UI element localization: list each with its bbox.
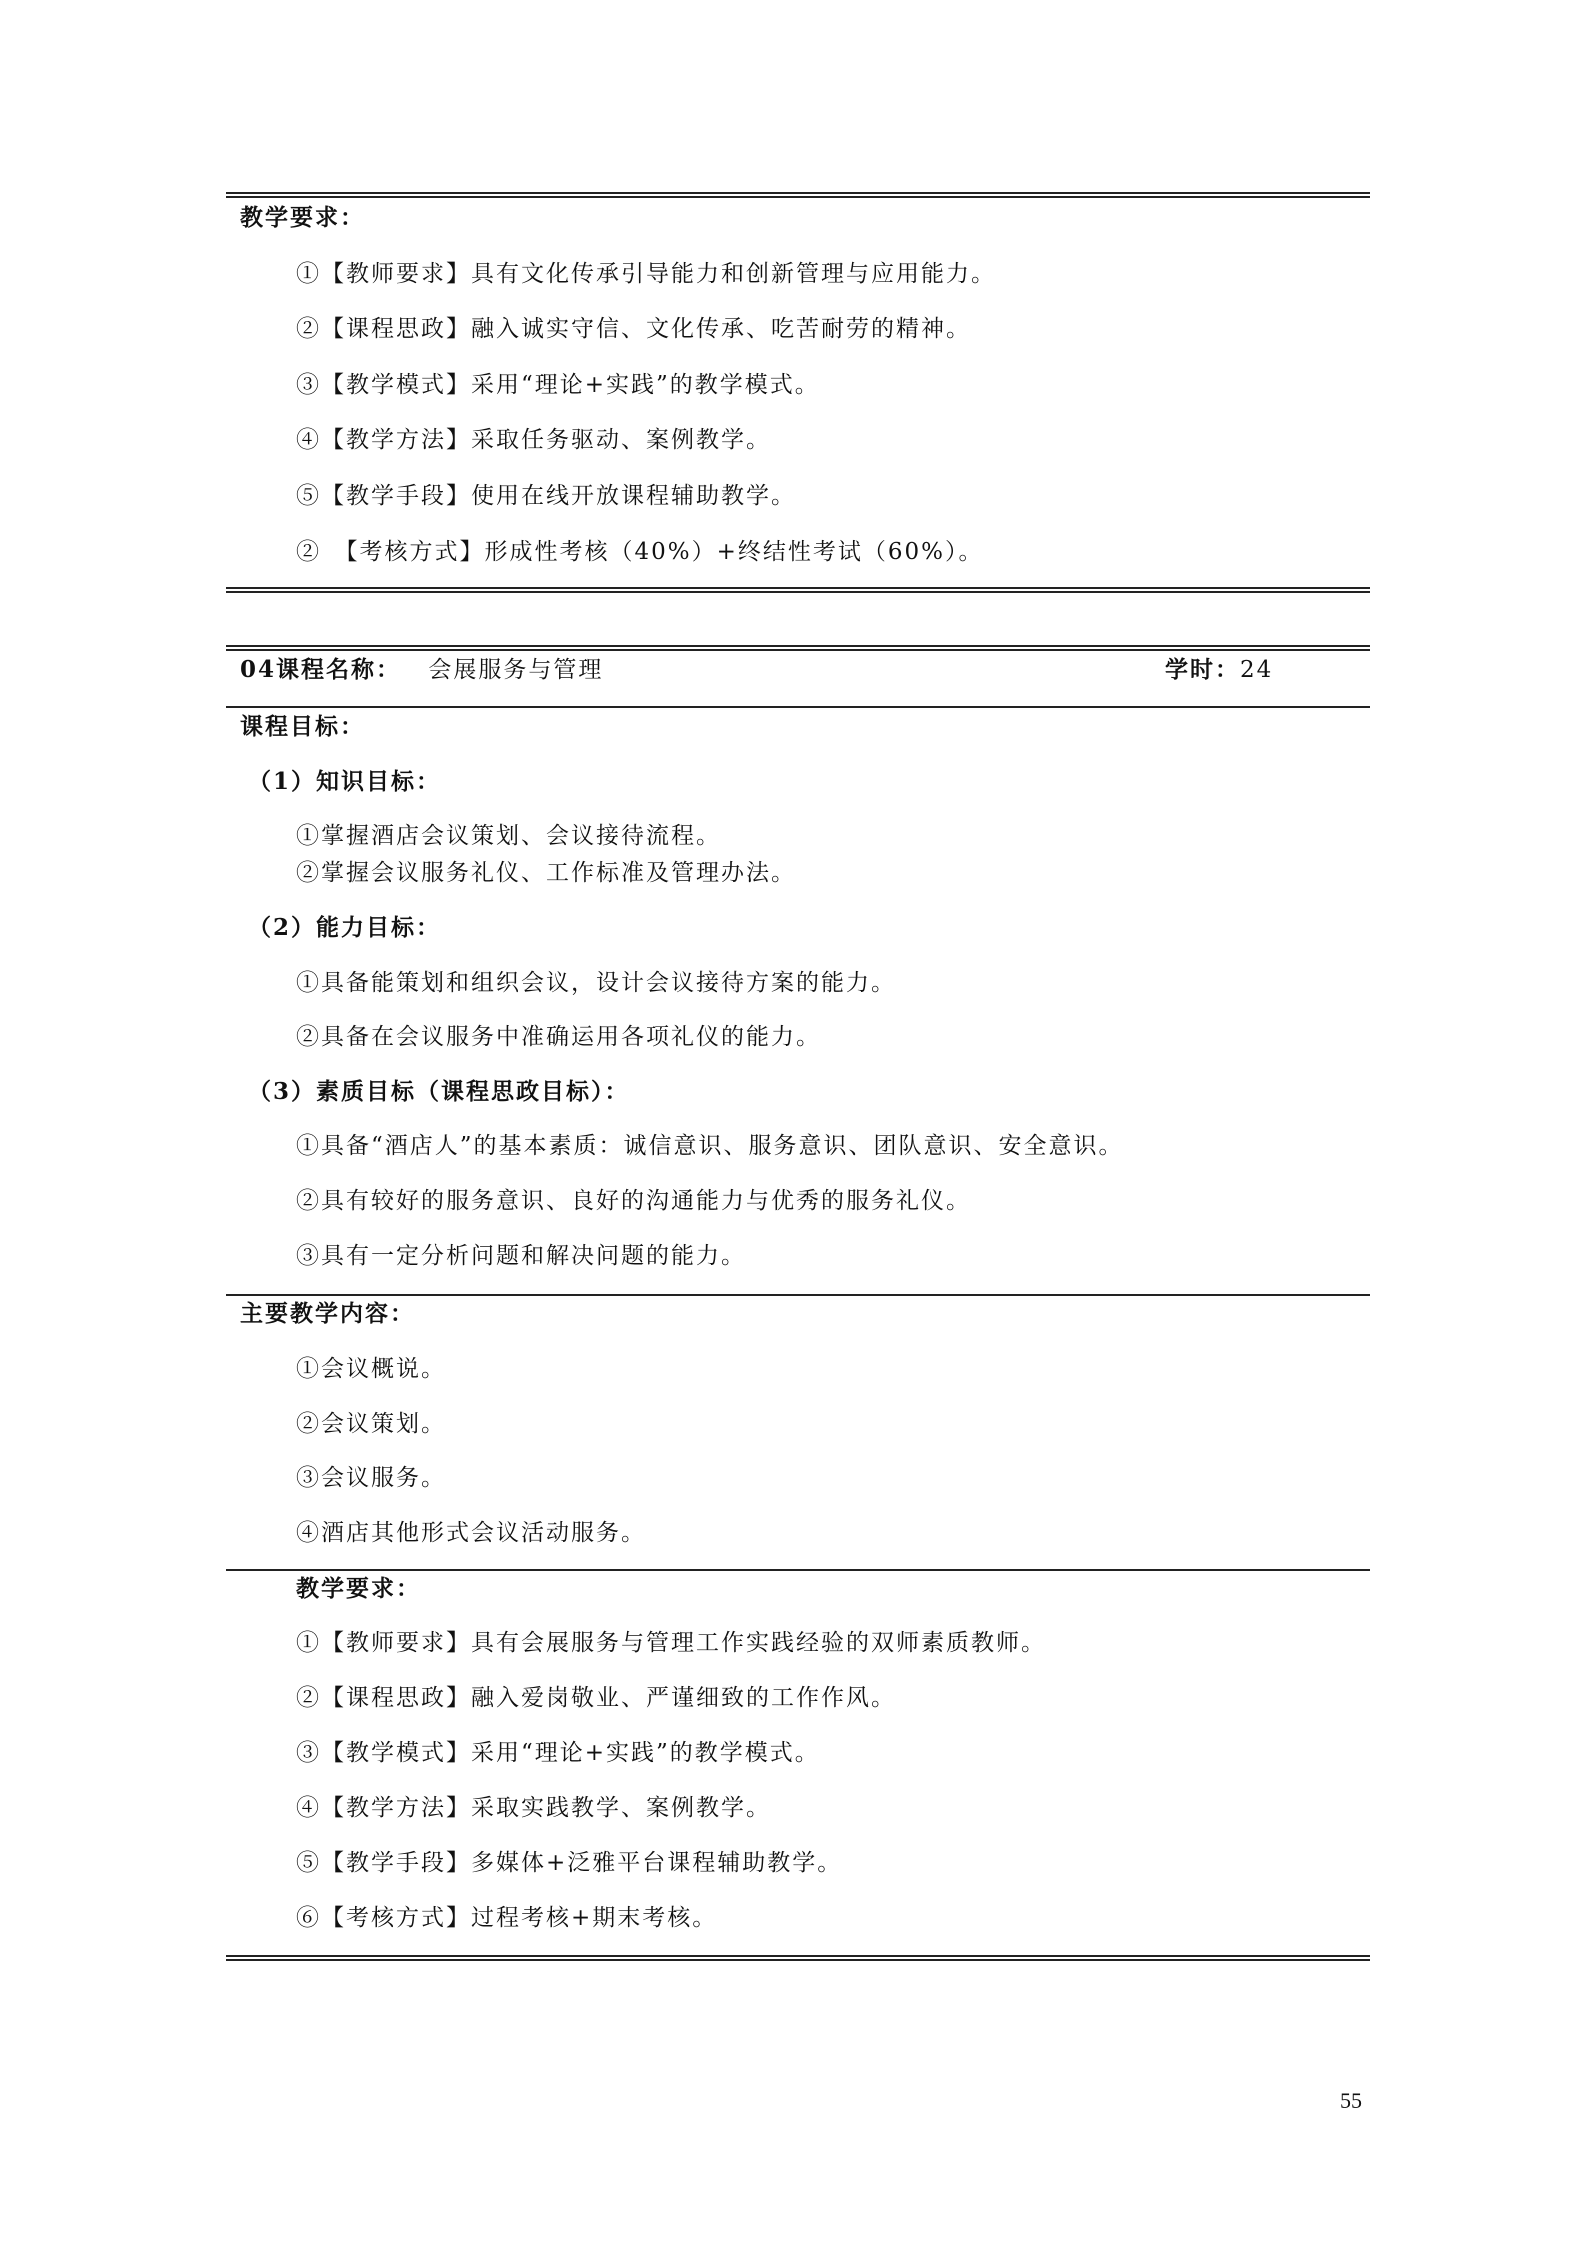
goals-title: 课程目标： — [240, 712, 365, 742]
content-item: ③会议服务。 — [296, 1463, 446, 1493]
prev-req-item: ② 【考核方式】形成性考核（40%）+终结性考试（60%）。 — [296, 537, 984, 567]
req-item: ⑤【教学手段】多媒体+泛雅平台课程辅助教学。 — [296, 1848, 842, 1878]
prev-req-item: ②【课程思政】融入诚实守信、文化传承、吃苦耐劳的精神。 — [296, 314, 971, 344]
quality-item: ①具备“酒店人”的基本素质：诚信意识、服务意识、团队意识、安全意识。 — [296, 1131, 1124, 1161]
quality-item: ②具有较好的服务意识、良好的沟通能力与优秀的服务礼仪。 — [296, 1186, 971, 1216]
ability-item: ①具备能策划和组织会议，设计会议接待方案的能力。 — [296, 968, 896, 998]
course-name: 会展服务与管理 — [428, 657, 603, 683]
course-hours: 学时：24 — [1165, 655, 1273, 685]
content-end-rule — [226, 1569, 1370, 1571]
quality-title: （3）素质目标（课程思政目标）： — [248, 1077, 630, 1107]
content-title: 主要教学内容： — [240, 1299, 415, 1329]
course-name-label: 04课程名称： — [240, 656, 401, 683]
prev-req-item: ④【教学方法】采取任务驱动、案例教学。 — [296, 425, 771, 455]
content-item: ④酒店其他形式会议活动服务。 — [296, 1518, 646, 1548]
req-item: ②【课程思政】融入爱岗敬业、严谨细致的工作作风。 — [296, 1683, 896, 1713]
req-item: ①【教师要求】具有会展服务与管理工作实践经验的双师素质教师。 — [296, 1628, 1046, 1658]
req-item: ③【教学模式】采用“理论+实践”的教学模式。 — [296, 1738, 820, 1768]
knowledge-title: （1）知识目标： — [248, 767, 441, 797]
top-double-rule — [226, 192, 1370, 198]
course-header: 04课程名称： 会展服务与管理 — [240, 655, 603, 685]
ability-title: （2）能力目标： — [248, 913, 441, 943]
content-item: ②会议策划。 — [296, 1409, 446, 1439]
page-number: 55 — [1340, 2088, 1362, 2114]
knowledge-item: ①掌握酒店会议策划、会议接待流程。 — [296, 821, 721, 851]
ability-item: ②具备在会议服务中准确运用各项礼仪的能力。 — [296, 1022, 821, 1052]
prev-end-double-rule — [226, 587, 1370, 593]
prev-req-item: ③【教学模式】采用“理论+实践”的教学模式。 — [296, 370, 820, 400]
prev-req-item: ①【教师要求】具有文化传承引导能力和创新管理与应用能力。 — [296, 259, 996, 289]
goals-end-rule — [226, 1294, 1370, 1296]
prev-teaching-req-title: 教学要求： — [240, 203, 365, 233]
content-item: ①会议概说。 — [296, 1354, 446, 1384]
req-item: ④【教学方法】采取实践教学、案例教学。 — [296, 1793, 771, 1823]
req-title: 教学要求： — [296, 1574, 421, 1604]
quality-item: ③具有一定分析问题和解决问题的能力。 — [296, 1241, 746, 1271]
prev-req-item: ⑤【教学手段】使用在线开放课程辅助教学。 — [296, 481, 796, 511]
hours-label: 学时： — [1165, 656, 1240, 683]
req-item: ⑥【考核方式】过程考核+期末考核。 — [296, 1903, 717, 1933]
hours-value: 24 — [1240, 657, 1273, 683]
knowledge-item: ②掌握会议服务礼仪、工作标准及管理办法。 — [296, 858, 796, 888]
course-top-double-rule — [226, 645, 1370, 651]
bottom-double-rule — [226, 1955, 1370, 1961]
header-rule — [226, 706, 1370, 708]
